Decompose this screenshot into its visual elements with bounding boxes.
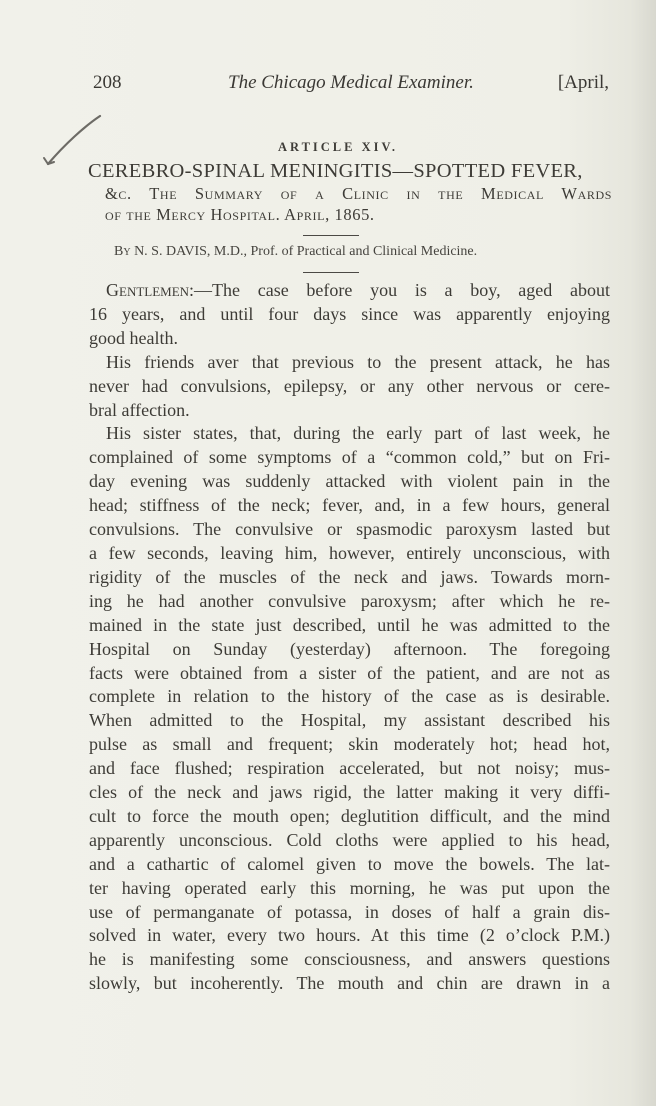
text-line: use of permanganate of potassa, in doses…	[89, 901, 610, 925]
paragraph-1: Gentlemen:—The case before you is a boy,…	[89, 279, 610, 351]
paragraph-3: His sister states, that, during the earl…	[89, 422, 610, 996]
text-line: mained in the state just described, unti…	[89, 614, 610, 638]
text-line: pulse as small and frequent; skin modera…	[89, 733, 610, 757]
text-line: bral affection.	[89, 399, 610, 423]
byline-author: N. S. DAVIS, M.D., Prof. of Practical an…	[131, 244, 478, 259]
text-line: When admitted to the Hospital, my assist…	[89, 709, 610, 733]
text-line: ter having operated early this morning, …	[89, 877, 610, 901]
article-number: ARTICLE XIV.	[0, 140, 656, 155]
divider-rule-bottom	[303, 272, 359, 273]
text-line: never had convulsions, epilepsy, or any …	[89, 375, 610, 399]
headline-line-2: &c. The Summary of a Clinic in the Medic…	[88, 184, 612, 204]
text-line: complained of some symptoms of a “common…	[89, 446, 610, 470]
text-line: convulsions. The convulsive or spasmodic…	[89, 518, 610, 542]
text-line: Hospital on Sunday (yesterday) afternoon…	[89, 638, 610, 662]
text-line: head; stiffness of the neck; fever, and,…	[89, 494, 610, 518]
text-line: rigidity of the muscles of the neck and …	[89, 566, 610, 590]
text-line: good health.	[89, 327, 610, 351]
divider-rule-top	[303, 235, 359, 236]
text-line: :—The case before you is a boy, aged abo…	[189, 280, 610, 300]
article-body: Gentlemen:—The case before you is a boy,…	[89, 279, 610, 996]
text-line: facts were obtained from a sister of the…	[89, 662, 610, 686]
text-line: a few seconds, leaving him, however, ent…	[89, 542, 610, 566]
journal-title: The Chicago Medical Examiner.	[228, 72, 474, 94]
paragraph-2: His friends aver that previous to the pr…	[89, 351, 610, 423]
byline-prefix: By	[114, 244, 131, 259]
book-page: 208 The Chicago Medical Examiner. [April…	[0, 0, 656, 1106]
text-line: His friends aver that previous to the pr…	[89, 351, 610, 375]
issue-month: [April,	[558, 72, 609, 94]
text-line: complete in relation to the history of t…	[89, 685, 610, 709]
text-line: and a cathartic of calomel given to move…	[89, 853, 610, 877]
headline-line-3: of the Mercy Hospital. April, 1865.	[88, 205, 612, 225]
text-line: ing he had another convulsive paroxysm; …	[89, 590, 610, 614]
text-line: His sister states, that, during the earl…	[89, 422, 610, 446]
text-line: solved in water, every two hours. At thi…	[89, 924, 610, 948]
page-number: 208	[93, 72, 122, 94]
running-header: 208 The Chicago Medical Examiner. [April…	[93, 72, 609, 98]
text-line: cles of the neck and jaws rigid, the lat…	[89, 781, 610, 805]
text-line: he is manifesting some consciousness, an…	[89, 948, 610, 972]
salutation: Gentlemen	[106, 280, 189, 300]
text-line: cult to force the mouth open; deglutitio…	[89, 805, 610, 829]
text-line: and face flushed; respiration accelerate…	[89, 757, 610, 781]
text-line: 16 years, and until four days since was …	[89, 303, 610, 327]
text-line: day evening was suddenly attacked with v…	[89, 470, 610, 494]
text-line: apparently unconscious. Cold cloths were…	[89, 829, 610, 853]
byline: By N. S. DAVIS, M.D., Prof. of Practical…	[114, 244, 594, 260]
article-headline: CEREBRO-SPINAL MENINGITIS—SPOTTED FEVER,…	[88, 160, 612, 225]
text-line: slowly, but incoherently. The mouth and …	[89, 972, 610, 996]
headline-line-1: CEREBRO-SPINAL MENINGITIS—SPOTTED FEVER,	[88, 160, 612, 183]
